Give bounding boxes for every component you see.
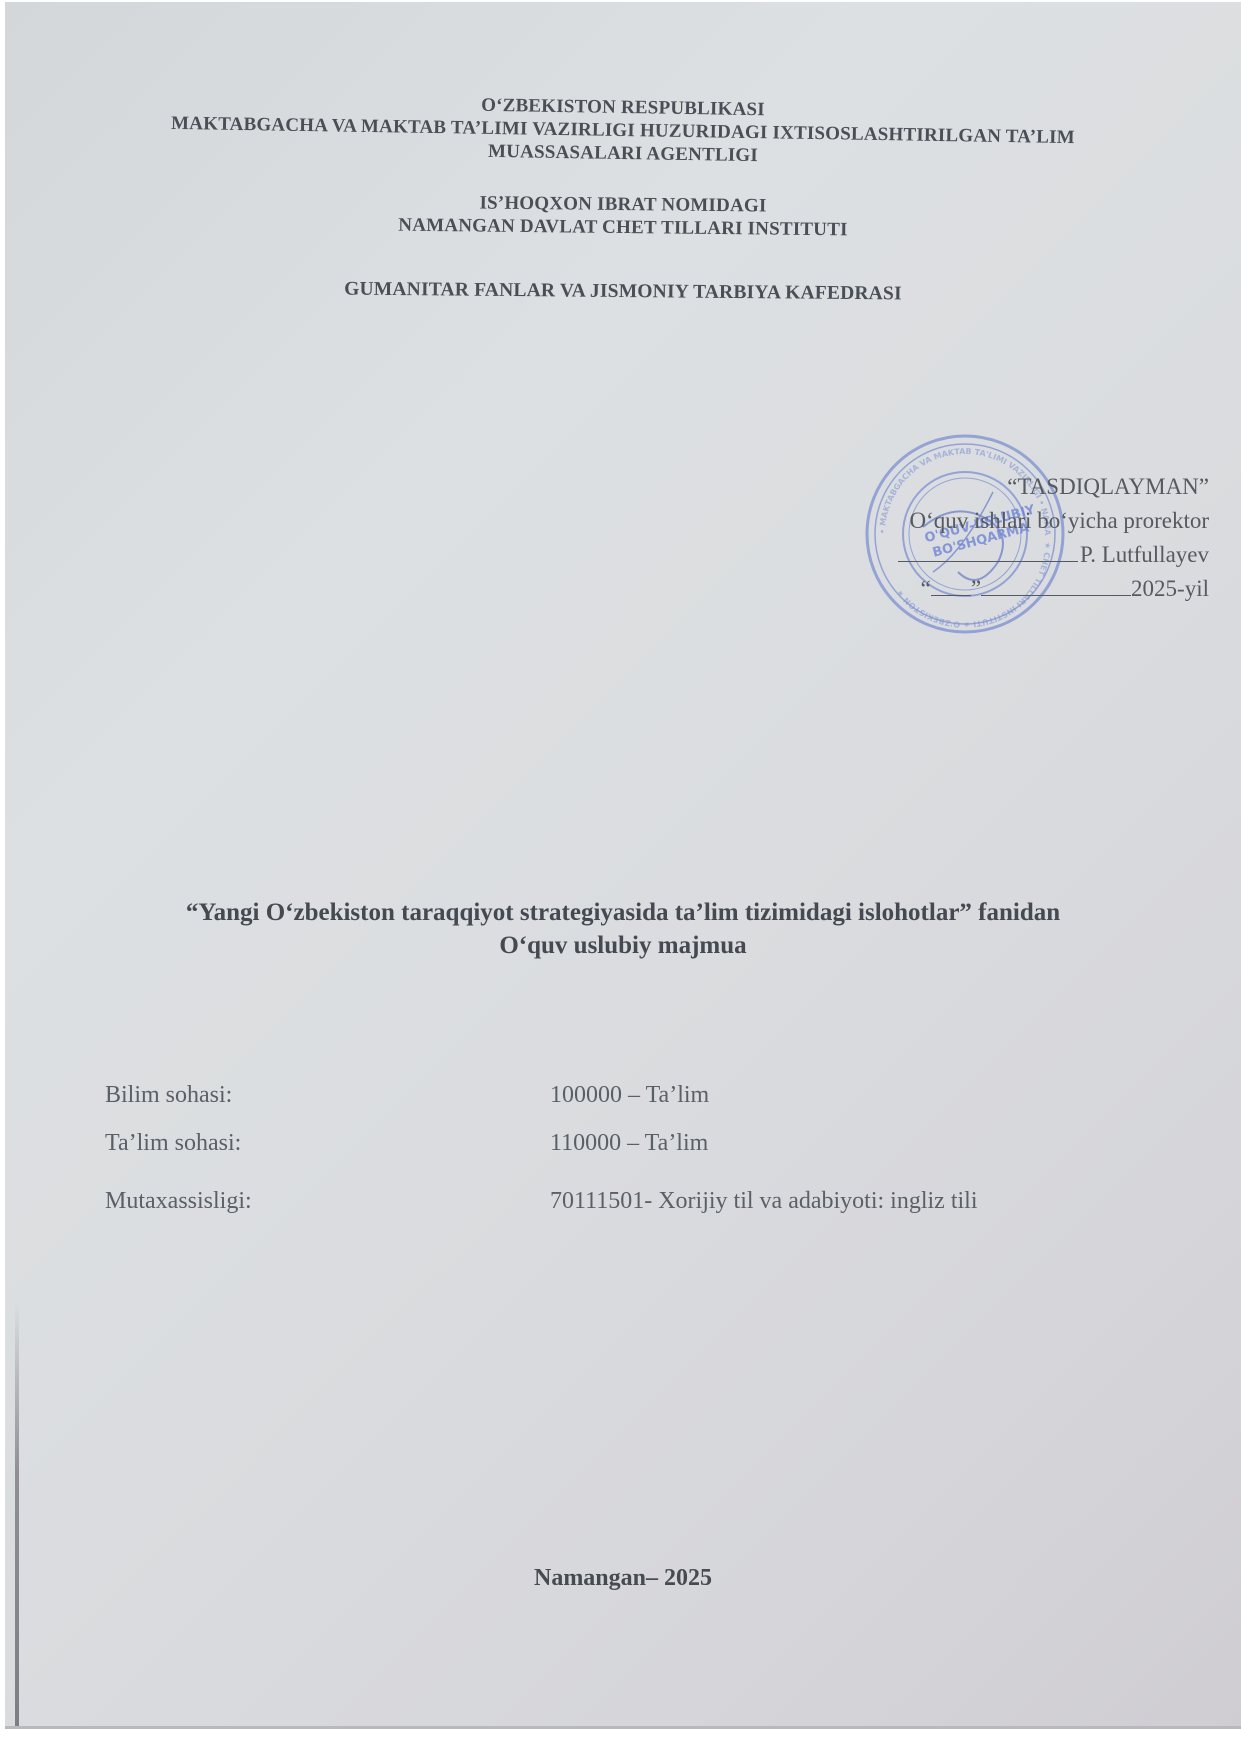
approval-position: O‘quv ishlari bo‘yicha prorektor [898,504,1209,538]
info-label-education-area: Ta’lim sohasi: [105,1130,241,1157]
info-label-specialty: Mutaxassisligi: [105,1188,252,1215]
document-photo: O‘ZBEKISTON RESPUBLIKASI MAKTABGACHA VA … [5,2,1241,1729]
approval-year: 2025-yil [1131,576,1209,601]
approver-name: P. Lutfullayev [1080,542,1209,567]
date-quote-open: “ [921,576,931,601]
info-label-knowledge-area: Bilim sohasi: [105,1082,232,1109]
page-edge-shadow [15,1302,19,1729]
approval-block: “TASDIQLAYMAN” O‘quv ishlari bo‘yicha pr… [898,470,1209,606]
approval-signature-line: P. Lutfullayev [898,538,1209,572]
page-bottom-edge [5,1726,1241,1729]
info-value-knowledge-area: 100000 – Ta’lim [550,1082,709,1109]
approval-heading: “TASDIQLAYMAN” [898,470,1209,504]
info-value-education-area: 110000 – Ta’lim [550,1130,708,1157]
document-title: “Yangi O‘zbekiston taraqqiyot strategiya… [5,899,1241,927]
day-blank [931,573,971,596]
header-department: GUMANITAR FANLAR VA JISMONIY TARBIYA KAF… [5,276,1241,309]
info-value-specialty: 70111501- Xorijiy til va adabiyoti: ingl… [550,1188,978,1215]
approval-date-line: “”2025-yil [898,572,1209,606]
month-blank [981,573,1131,596]
document-subtitle: O‘quv uslubiy majmua [5,932,1241,960]
signature-blank [898,539,1078,562]
footer-place-year: Namangan– 2025 [5,1565,1241,1592]
date-quote-close: ” [971,576,981,601]
